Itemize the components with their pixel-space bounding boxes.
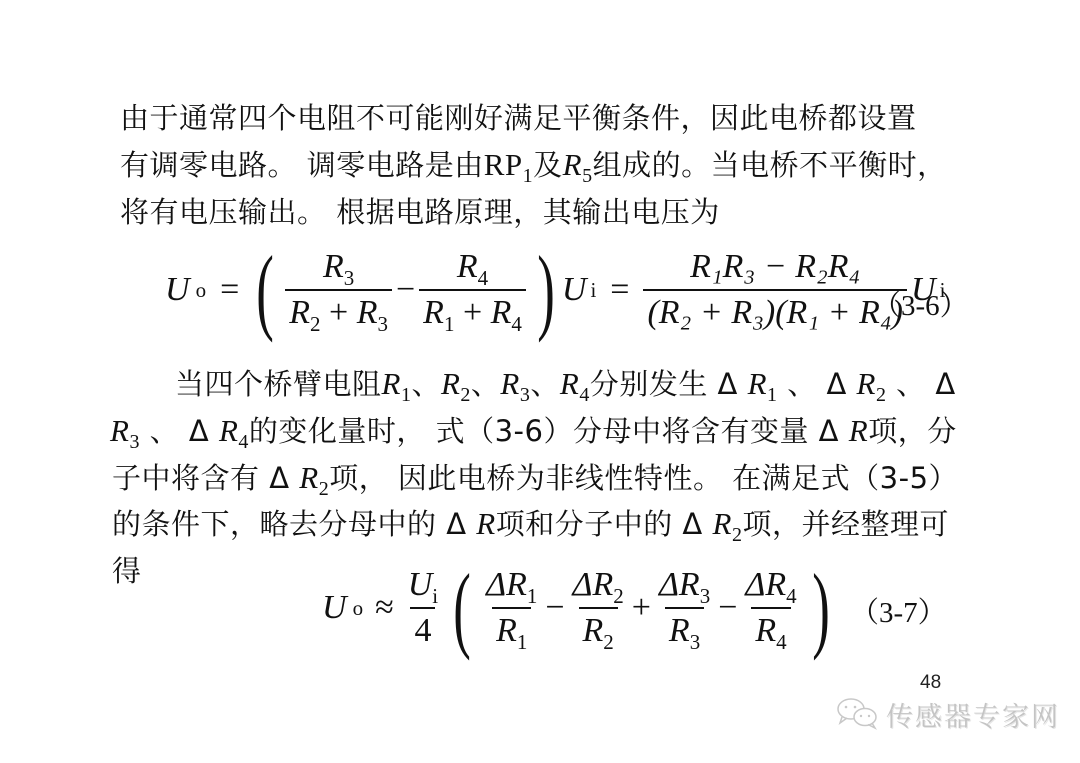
text: 得 <box>112 554 142 588</box>
subscript: 5 <box>582 165 593 187</box>
denominator: R1 <box>492 607 531 651</box>
r: R <box>713 506 732 541</box>
numerator: ΔR4 <box>741 565 800 607</box>
r: R <box>560 366 579 401</box>
r: R <box>299 460 318 495</box>
numerator: R₁R₃ − R₂R₄ <box>686 247 864 289</box>
text: 分别发生 Δ <box>590 367 748 401</box>
subscript: 1 <box>444 312 455 336</box>
paragraph2-line4: 的条件下，略去分母中的 Δ R项和分子中的 Δ R2项，并经整理可 <box>112 506 949 542</box>
subscript: 2 <box>319 478 330 500</box>
numerator: Ui <box>404 565 442 607</box>
u: U <box>408 566 433 603</box>
r: R <box>423 294 444 331</box>
r: R <box>476 506 495 541</box>
watermark-text: 传感器专家网 <box>886 695 1060 734</box>
r: R <box>441 366 460 401</box>
r: R <box>748 366 767 401</box>
numerator: R3 <box>319 247 358 289</box>
equals-sign: = <box>610 271 629 309</box>
operator: − <box>718 589 737 627</box>
subscript: 4 <box>478 266 489 290</box>
text: 、 <box>411 367 441 401</box>
page-number: 48 <box>920 672 941 694</box>
plus: + <box>463 294 482 331</box>
subscript: 1 <box>517 630 528 654</box>
text: 项，并经整理可 <box>742 507 949 541</box>
subscript: 1 <box>523 165 534 187</box>
text: 项，分 <box>868 414 957 448</box>
r: R <box>382 366 401 401</box>
r: R <box>500 366 519 401</box>
subscript: 3 <box>129 431 140 453</box>
fraction-term-1: ΔR1 R1 <box>482 565 541 651</box>
r: R <box>457 248 478 285</box>
plus: + <box>329 294 348 331</box>
fraction-r4: R4 R1 + R4 <box>419 247 526 333</box>
subscript: 2 <box>460 384 471 406</box>
r: R <box>289 294 310 331</box>
subscript: 1 <box>401 384 412 406</box>
subscript: 3 <box>520 384 531 406</box>
r: R <box>849 413 868 448</box>
denominator: 4 <box>410 607 435 651</box>
subscript: 3 <box>690 630 701 654</box>
subscript: i <box>432 584 438 608</box>
delta-r: ΔR <box>486 566 527 603</box>
fraction-term-4: ΔR4 R4 <box>741 565 800 651</box>
text: 有调零电路。 调零电路是由 <box>120 148 484 182</box>
denominator: R4 <box>751 607 790 651</box>
operator: − <box>545 589 564 627</box>
delta-r: ΔR <box>745 566 786 603</box>
r: R <box>857 366 876 401</box>
subscript: 2 <box>613 584 624 608</box>
wechat-icon <box>836 696 880 734</box>
subscript: 2 <box>310 312 321 336</box>
r: R <box>669 612 690 649</box>
numerator: R4 <box>453 247 492 289</box>
equals-sign: = <box>220 271 239 309</box>
uo-symbol: U <box>165 271 190 309</box>
subscript: 3 <box>377 312 388 336</box>
fraction-r3: R3 R2 + R3 <box>285 247 392 333</box>
left-paren: ( <box>256 242 274 338</box>
equation-label-3-7: （3-7） <box>850 590 947 631</box>
r: R <box>357 294 378 331</box>
text: 及 <box>533 148 563 182</box>
paragraph1-line2: 有调零电路。 调零电路是由RP1及R5组成的。当电桥不平衡时， <box>120 147 947 183</box>
denominator: R1 + R4 <box>419 289 526 333</box>
paragraph1-line3: 将有电压输出。 根据电路原理，其输出电压为 <box>120 194 720 230</box>
subscript: 4 <box>511 312 522 336</box>
subscript: 1 <box>767 384 778 406</box>
text: 当四个桥臂电阻 <box>175 367 382 401</box>
denominator: R3 <box>665 607 704 651</box>
approx-sign: ≈ <box>375 589 394 627</box>
numerator: ΔR2 <box>569 565 628 607</box>
paragraph2-line5: 得 <box>112 553 142 589</box>
subscript: 1 <box>527 584 538 608</box>
subscript: 3 <box>344 266 355 290</box>
delta-r: ΔR <box>573 566 614 603</box>
text: 由于通常四个电阻不可能刚好满足平衡条件，因此电桥都设置 <box>120 101 917 135</box>
watermark: 传感器专家网 <box>836 695 1060 734</box>
text: 将有电压输出。 根据电路原理，其输出电压为 <box>120 195 720 229</box>
right-paren: ) <box>537 242 555 338</box>
text: 、 Δ <box>778 367 857 401</box>
text: 、 Δ <box>886 367 955 401</box>
text: 项和分子中的 Δ <box>496 507 713 541</box>
subscript: 4 <box>786 584 797 608</box>
denominator: (R₂ + R₃)(R₁ + R₄) <box>643 289 907 333</box>
r: R <box>323 248 344 285</box>
text: 组成的。当电桥不平衡时， <box>593 148 947 182</box>
r: R <box>755 612 776 649</box>
numerator: ΔR3 <box>655 565 714 607</box>
uo-symbol: U <box>322 589 347 627</box>
r: R <box>496 612 517 649</box>
operator: + <box>632 589 651 627</box>
minus-sign: − <box>396 271 415 309</box>
right-paren: ) <box>812 560 830 656</box>
delta-r: ΔR <box>659 566 700 603</box>
fraction-term-2: ΔR2 R2 <box>569 565 628 651</box>
ui-symbol: U <box>562 271 587 309</box>
text: 的条件下，略去分母中的 Δ <box>112 507 476 541</box>
equation-label-3-6: （3-6） <box>872 283 969 324</box>
equation-3-6: Uo = ( R3 R2 + R3 − R4 R1 + R4 ) Ui = R₁… <box>165 240 945 340</box>
text: 的变化量时， 式（3-6）分母中将含有变量 Δ <box>249 414 849 448</box>
fraction-coefficient: Ui 4 <box>404 565 442 651</box>
rp-symbol: RP <box>484 147 523 182</box>
r-symbol: R <box>563 147 582 182</box>
text: 子中将含有 Δ <box>112 461 299 495</box>
denominator: R2 <box>579 607 618 651</box>
subscript: 2 <box>603 630 614 654</box>
text: 、 <box>471 367 501 401</box>
r: R <box>583 612 604 649</box>
text: 、 Δ <box>140 414 219 448</box>
fraction-combined: R₁R₃ − R₂R₄ (R₂ + R₃)(R₁ + R₄) <box>643 247 907 333</box>
subscript: 2 <box>732 524 743 546</box>
text: 项， 因此电桥为非线性特性。 在满足式（3-5） <box>329 461 958 495</box>
paragraph1-line1: 由于通常四个电阻不可能刚好满足平衡条件，因此电桥都设置 <box>120 100 917 136</box>
equation-3-7: Uo ≈ Ui 4 ( ΔR1 R1 − ΔR2 R2 + ΔR3 R3 − Δ… <box>322 558 837 658</box>
subscript: 4 <box>238 431 249 453</box>
text: 、 <box>530 367 560 401</box>
numerator: ΔR1 <box>482 565 541 607</box>
r: R <box>491 294 512 331</box>
denominator: R2 + R3 <box>285 289 392 333</box>
subscript: 3 <box>700 584 711 608</box>
subscript: 2 <box>876 384 887 406</box>
left-paren: ( <box>453 560 471 656</box>
paragraph2-line3: 子中将含有 Δ R2项， 因此电桥为非线性特性。 在满足式（3-5） <box>112 460 958 496</box>
fraction-term-3: ΔR3 R3 <box>655 565 714 651</box>
r: R <box>110 413 129 448</box>
r: R <box>219 413 238 448</box>
subscript: 4 <box>579 384 590 406</box>
subscript: 4 <box>776 630 787 654</box>
paragraph2-line1: 当四个桥臂电阻R1、R2、R3、R4分别发生 Δ R1 、 Δ R2 、 Δ <box>175 366 956 402</box>
paragraph2-line2: R3 、 Δ R4的变化量时， 式（3-6）分母中将含有变量 Δ R项，分 <box>110 413 957 449</box>
